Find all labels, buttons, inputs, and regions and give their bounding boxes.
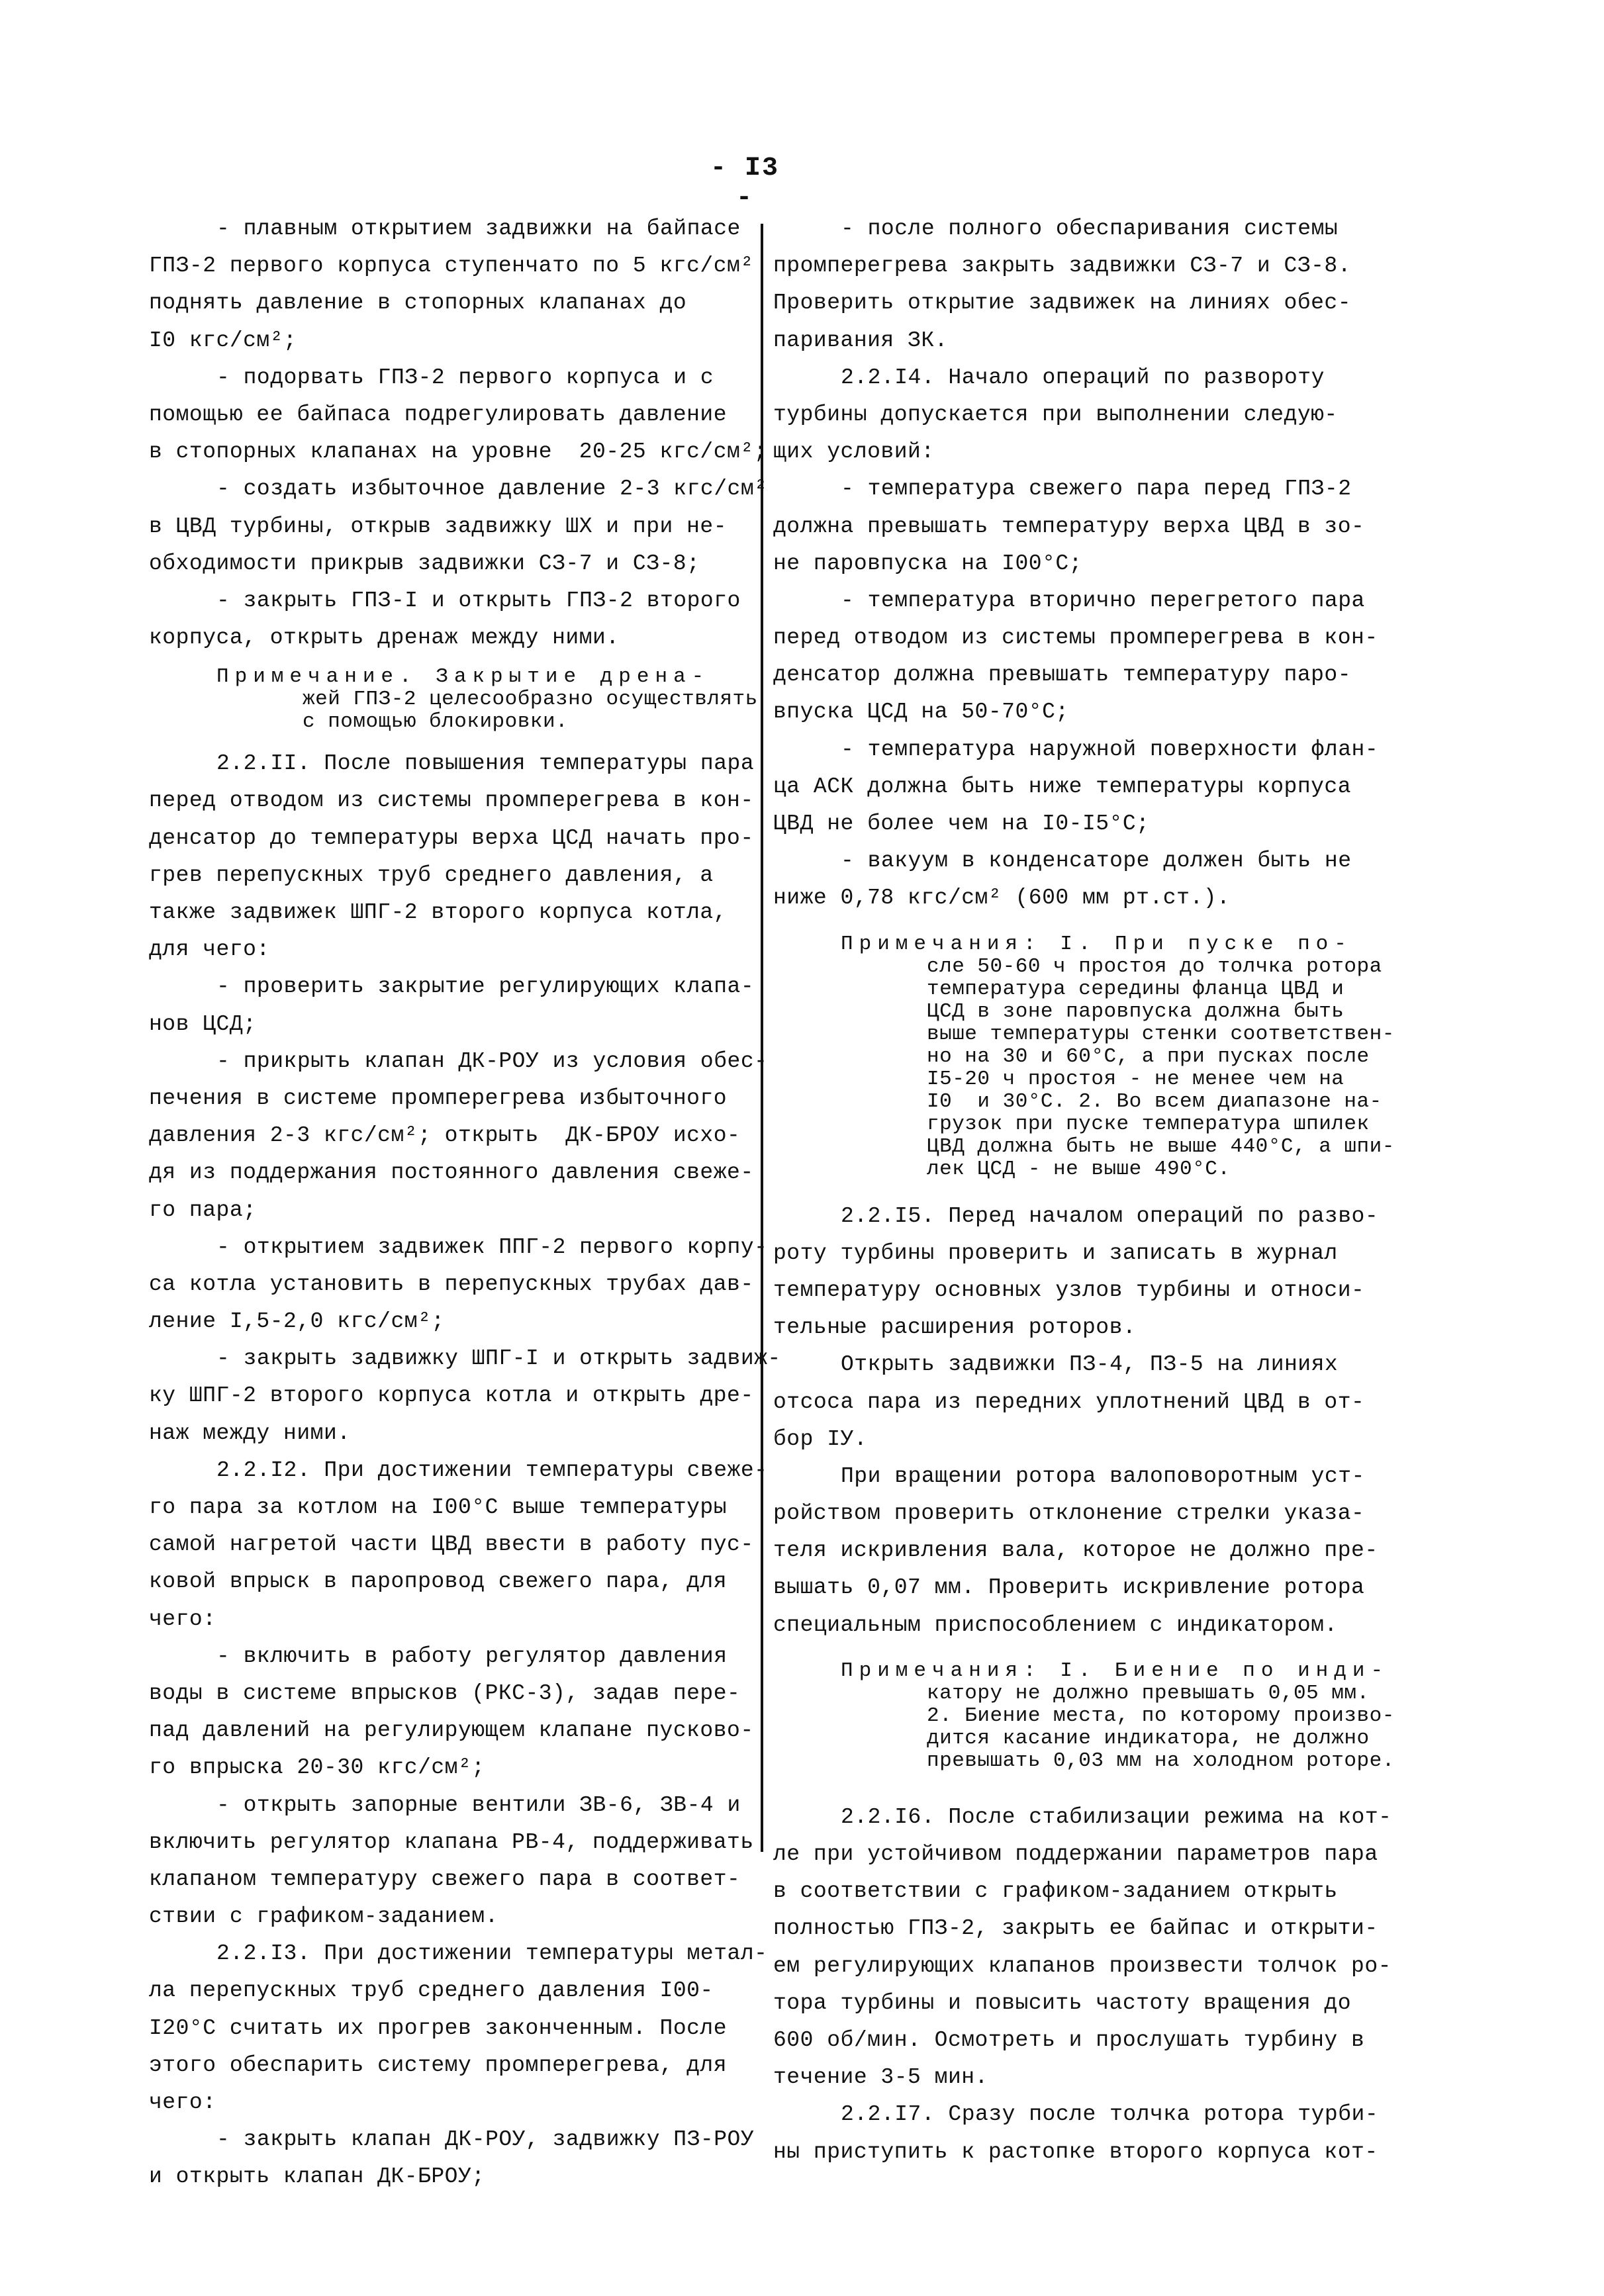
text-line: в стопорных клапанах на уровне 20-25 кгс… [149,434,738,471]
text-line: - температура вторично перегретого пара [773,582,1356,620]
text-line: теля искривления вала, которое не должно… [773,1532,1356,1569]
text-line: денсатор должна превышать температуру па… [773,657,1356,694]
text-line: - закрыть клапан ДК-РОУ, задвижку ПЗ-РОУ [149,2121,738,2158]
text-line: грев перепускных труб среднего давления,… [149,857,738,894]
text-line: и открыть клапан ДК-БРОУ; [149,2158,738,2195]
text-line: тора турбины и повысить частоту вращения… [773,1985,1356,2022]
right-block-1: - после полного обеспаривания системыпро… [773,210,1356,917]
text-line: поднять давление в стопорных клапанах до [149,285,738,322]
text-line: - прикрыть клапан ДК-РОУ из условия обес… [149,1043,738,1080]
text-line: ниже 0,78 кгс/см² (600 мм рт.ст.). [773,880,1356,917]
text-line: вышать 0,07 мм. Проверить искривление ро… [773,1569,1356,1606]
note-line: превышать 0,03 мм на холодном роторе. [773,1750,1356,1772]
text-line: также задвижек ШПГ-2 второго корпуса кот… [149,894,738,931]
right-column: - после полного обеспаривания системыпро… [773,210,1356,2171]
left-block-1: - плавным открытием задвижки на байпасеГ… [149,210,738,657]
text-line: - вакуум в конденсаторе должен быть не [773,843,1356,880]
text-line: ЦВД не более чем на I0-I5°С; [773,805,1356,843]
text-line: включить регулятор клапана РВ-4, поддерж… [149,1824,738,1861]
text-line: ем регулирующих клапанов произвести толч… [773,1948,1356,1985]
note-line: лек ЦСД - не выше 490°С. [773,1158,1356,1181]
note-line: грузок при пуске температура шпилек [773,1113,1356,1136]
text-line: 2.2.II. После повышения температуры пара [149,745,738,782]
text-line: в соответствии с графиком-заданием откры… [773,1873,1356,1910]
text-line: клапаном температуру свежего пара в соот… [149,1861,738,1898]
note-line: I5-20 ч простоя - не менее чем на [773,1068,1356,1091]
text-line: - плавным открытием задвижки на байпасе [149,210,738,248]
text-line: отсоса пара из передних уплотнений ЦВД в… [773,1384,1356,1421]
text-line: 2.2.I2. При достижении температуры свеже… [149,1452,738,1489]
note-heading: Примечания: I. Биение по инди- [773,1660,1356,1682]
text-line: для чего: [149,931,738,968]
text-line: 2.2.I5. Перед началом операций по разво- [773,1198,1356,1235]
text-line: в ЦВД турбины, открыв задвижку ШХ и при … [149,508,738,545]
text-line: - температура наружной поверхности флан- [773,731,1356,768]
text-line: пад давлений на регулирующем клапане пус… [149,1712,738,1749]
text-line: го впрыска 20-30 кгс/см²; [149,1749,738,1786]
text-line: - открытием задвижек ППГ-2 первого корпу… [149,1229,738,1266]
text-line: ковой впрыск в паропровод свежего пара, … [149,1563,738,1600]
note-line: I0 и 30°С. 2. Во всем диапазоне на- [773,1091,1356,1113]
note-line: выше температуры стенки соответствен- [773,1023,1356,1046]
text-line: - температура свежего пара перед ГПЗ-2 [773,471,1356,508]
text-line: - закрыть ГПЗ-I и открыть ГПЗ-2 второго [149,582,738,620]
text-line: бор IУ. [773,1421,1356,1458]
left-block-2: 2.2.II. После повышения температуры пара… [149,745,738,2195]
text-line: го пара за котлом на I00°С выше температ… [149,1489,738,1526]
text-line: турбины допускается при выполнении следу… [773,396,1356,434]
text-line: го пара; [149,1192,738,1229]
note-line: температура середины фланца ЦВД и [773,978,1356,1001]
text-line: помощью ее байпаса подрегулировать давле… [149,396,738,434]
text-line: воды в системе впрысков (РКС-3), задав п… [149,1675,738,1712]
text-line: I0 кгс/см²; [149,322,738,359]
note-drainage: Примечание. Закрытие дрена- жей ГПЗ-2 це… [149,666,738,733]
text-line: специальным приспособлением с индикаторо… [773,1607,1356,1644]
text-line: - после полного обеспаривания системы [773,210,1356,248]
text-line: печения в системе промперегрева избыточн… [149,1080,738,1117]
text-line: щих условий: [773,434,1356,471]
text-line: ку ШПГ-2 второго корпуса котла и открыть… [149,1377,738,1414]
left-column: - плавным открытием задвижки на байпасеГ… [149,210,738,2196]
text-line: - создать избыточное давление 2-3 кгс/см… [149,471,738,508]
text-line: 2.2.I6. После стабилизации режима на кот… [773,1799,1356,1836]
text-line: ле при устойчивом поддержании параметров… [773,1836,1356,1873]
text-line: 2.2.I4. Начало операций по развороту [773,359,1356,396]
note-line: 2. Биение места, по которому произво- [773,1705,1356,1727]
text-line: перед отводом из системы промперегрева в… [773,620,1356,657]
text-line: должна превышать температуру верха ЦВД в… [773,508,1356,545]
text-line: - включить в работу регулятор давления [149,1638,738,1675]
text-line: не паровпуска на I00°С; [773,545,1356,582]
note-line: ЦСД в зоне паровпуска должна быть [773,1001,1356,1023]
text-line: 2.2.I3. При достижении температуры метал… [149,1935,738,1972]
text-line: Открыть задвижки ПЗ-4, ПЗ-5 на линиях [773,1346,1356,1383]
text-line: этого обеспарить систему промперегрева, … [149,2047,738,2084]
text-line: тельные расширения роторов. [773,1309,1356,1346]
text-line: полностью ГПЗ-2, закрыть ее байпас и отк… [773,1910,1356,1947]
text-line: - проверить закрытие регулирующих клапа- [149,968,738,1005]
page-number: - I3 - [698,154,791,213]
text-line: чего: [149,2084,738,2121]
right-block-3: 2.2.I6. После стабилизации режима на кот… [773,1799,1356,2171]
text-line: нов ЦСД; [149,1006,738,1043]
text-line: - закрыть задвижку ШПГ-I и открыть задви… [149,1340,738,1377]
text-line: роту турбины проверить и записать в журн… [773,1235,1356,1272]
text-line: 600 об/мин. Осмотреть и прослушать турби… [773,2022,1356,2059]
text-line: ствии с графиком-заданием. [149,1898,738,1935]
text-line: течение 3-5 мин. [773,2059,1356,2096]
text-line: ца АСК должна быть ниже температуры корп… [773,768,1356,805]
text-line: ны приступить к растопке второго корпуса… [773,2134,1356,2171]
note-startup-temperatures: Примечания: I. При пуске по- сле 50-60 ч… [773,933,1356,1181]
note-heading: Примечания: I. При пуске по- [773,933,1356,956]
text-line: ла перепускных труб среднего давления I0… [149,1972,738,2009]
text-line: При вращении ротора валоповоротным уст- [773,1458,1356,1495]
note-line: с помощью блокировки. [149,711,738,733]
note-runout: Примечания: I. Биение по инди- катору не… [773,1660,1356,1772]
text-line: са котла установить в перепускных трубах… [149,1266,738,1303]
text-line: дя из поддержания постоянного давления с… [149,1154,738,1191]
text-line: Проверить открытие задвижек на линиях об… [773,285,1356,322]
text-line: ройством проверить отклонение стрелки ук… [773,1495,1356,1532]
note-line: но на 30 и 60°С, а при пусках после [773,1046,1356,1068]
column-divider [761,224,763,1852]
text-line: чего: [149,1601,738,1638]
text-line: давления 2-3 кгс/см²; открыть ДК-БРОУ ис… [149,1117,738,1154]
note-line: дится касание индикатора, не должно [773,1727,1356,1750]
right-block-2: 2.2.I5. Перед началом операций по разво-… [773,1198,1356,1644]
note-heading: Примечание. Закрытие дрена- [149,666,738,688]
text-line: I20°С считать их прогрев законченным. По… [149,2010,738,2047]
text-line: промперегрева закрыть задвижки СЗ-7 и СЗ… [773,248,1356,285]
text-line: 2.2.I7. Сразу после толчка ротора турби- [773,2096,1356,2133]
text-line: - открыть запорные вентили ЗВ-6, ЗВ-4 и [149,1787,738,1824]
note-line: сле 50-60 ч простоя до толчка ротора [773,956,1356,978]
text-line: впуска ЦСД на 50-70°С; [773,694,1356,731]
text-line: паривания ЗК. [773,322,1356,359]
text-line: ГПЗ-2 первого корпуса ступенчато по 5 кг… [149,248,738,285]
text-line: перед отводом из системы промперегрева в… [149,782,738,819]
text-line: наж между ними. [149,1415,738,1452]
text-line: ление I,5-2,0 кгс/см²; [149,1303,738,1340]
text-line: самой нагретой части ЦВД ввести в работу… [149,1526,738,1563]
text-line: температуру основных узлов турбины и отн… [773,1272,1356,1309]
text-line: - подорвать ГПЗ-2 первого корпуса и с [149,359,738,396]
note-line: ЦВД должна быть не выше 440°С, а шпи- [773,1136,1356,1158]
note-line: жей ГПЗ-2 целесообразно осуществлять [149,688,738,711]
text-line: денсатор до температуры верха ЦСД начать… [149,820,738,857]
note-line: катору не должно превышать 0,05 мм. [773,1682,1356,1705]
text-line: корпуса, открыть дренаж между ними. [149,620,738,657]
text-line: обходимости прикрыв задвижки СЗ-7 и СЗ-8… [149,545,738,582]
